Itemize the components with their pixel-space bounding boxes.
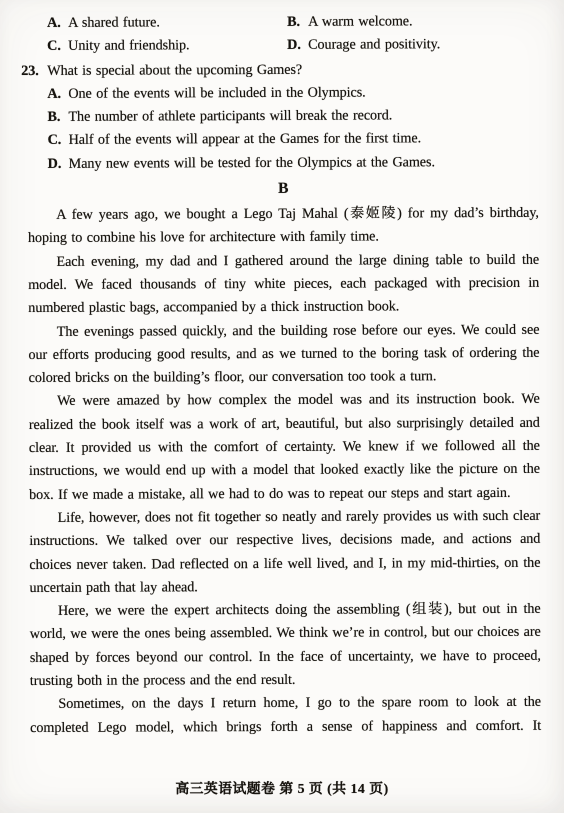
option-label: A. — [47, 83, 68, 106]
option-label: C. — [48, 129, 69, 152]
option-row-a: A.One of the events will be included in … — [47, 81, 538, 106]
option-text: A shared future. — [68, 14, 160, 30]
page-content: A.A shared future. B.A warm welcome. C.U… — [27, 10, 541, 740]
passage-paragraph: Here, we were the expert architects doin… — [30, 598, 541, 693]
option-text: Unity and friendship. — [68, 38, 189, 55]
option-row-c: C.Unity and friendship. — [47, 34, 287, 58]
passage-paragraph: A few years ago, we bought a Lego Taj Ma… — [28, 202, 539, 251]
option-row-d: D.Courage and positivity. — [287, 33, 538, 57]
exam-page: A.A shared future. B.A warm welcome. C.U… — [0, 0, 564, 813]
option-label: B. — [287, 11, 308, 34]
question-text: What is special about the upcoming Games… — [47, 61, 302, 78]
passage-paragraph: Sometimes, on the days I return home, I … — [30, 691, 541, 740]
option-text: A warm welcome. — [308, 13, 412, 29]
option-row-d: D.Many new events will be tested for the… — [48, 151, 539, 176]
question-number: 23. — [21, 60, 47, 83]
option-label: D. — [48, 153, 69, 176]
option-text: The number of athlete participants will … — [68, 108, 392, 125]
passage-paragraph: The evenings passed quickly, and the bui… — [28, 318, 539, 390]
question-23-options: A.One of the events will be included in … — [27, 81, 538, 176]
question-23: 23.What is special about the upcoming Ga… — [27, 57, 539, 176]
option-label: B. — [47, 106, 68, 129]
option-text: Half of the events will appear at the Ga… — [69, 131, 422, 149]
option-row-b: B.The number of athlete participants wil… — [47, 104, 538, 129]
question-22-options: A.A shared future. B.A warm welcome. C.U… — [27, 10, 538, 59]
passage-paragraph: Each evening, my dad and I gathered arou… — [28, 248, 539, 320]
page-footer: 高三英语试题卷 第 5 页 (共 14 页) — [0, 777, 564, 797]
passage-paragraph: Life, however, does not fit together so … — [29, 505, 540, 600]
section-b-heading: B — [28, 175, 539, 202]
passage-paragraph: We were amazed by how complex the model … — [29, 388, 541, 507]
option-label: C. — [47, 35, 68, 58]
passage-b: A few years ago, we bought a Lego Taj Ma… — [28, 202, 541, 740]
option-label: D. — [287, 34, 308, 57]
option-row-c: C.Half of the events will appear at the … — [48, 127, 539, 152]
option-label: A. — [47, 12, 68, 35]
option-text: Many new events will be tested for the O… — [69, 154, 435, 172]
option-row-a: A.A shared future. — [47, 11, 287, 35]
option-text: Courage and positivity. — [308, 36, 440, 53]
question-23-stem: 23.What is special about the upcoming Ga… — [21, 57, 538, 83]
option-text: One of the events will be included in th… — [68, 84, 365, 101]
option-row-b: B.A warm welcome. — [287, 10, 538, 34]
